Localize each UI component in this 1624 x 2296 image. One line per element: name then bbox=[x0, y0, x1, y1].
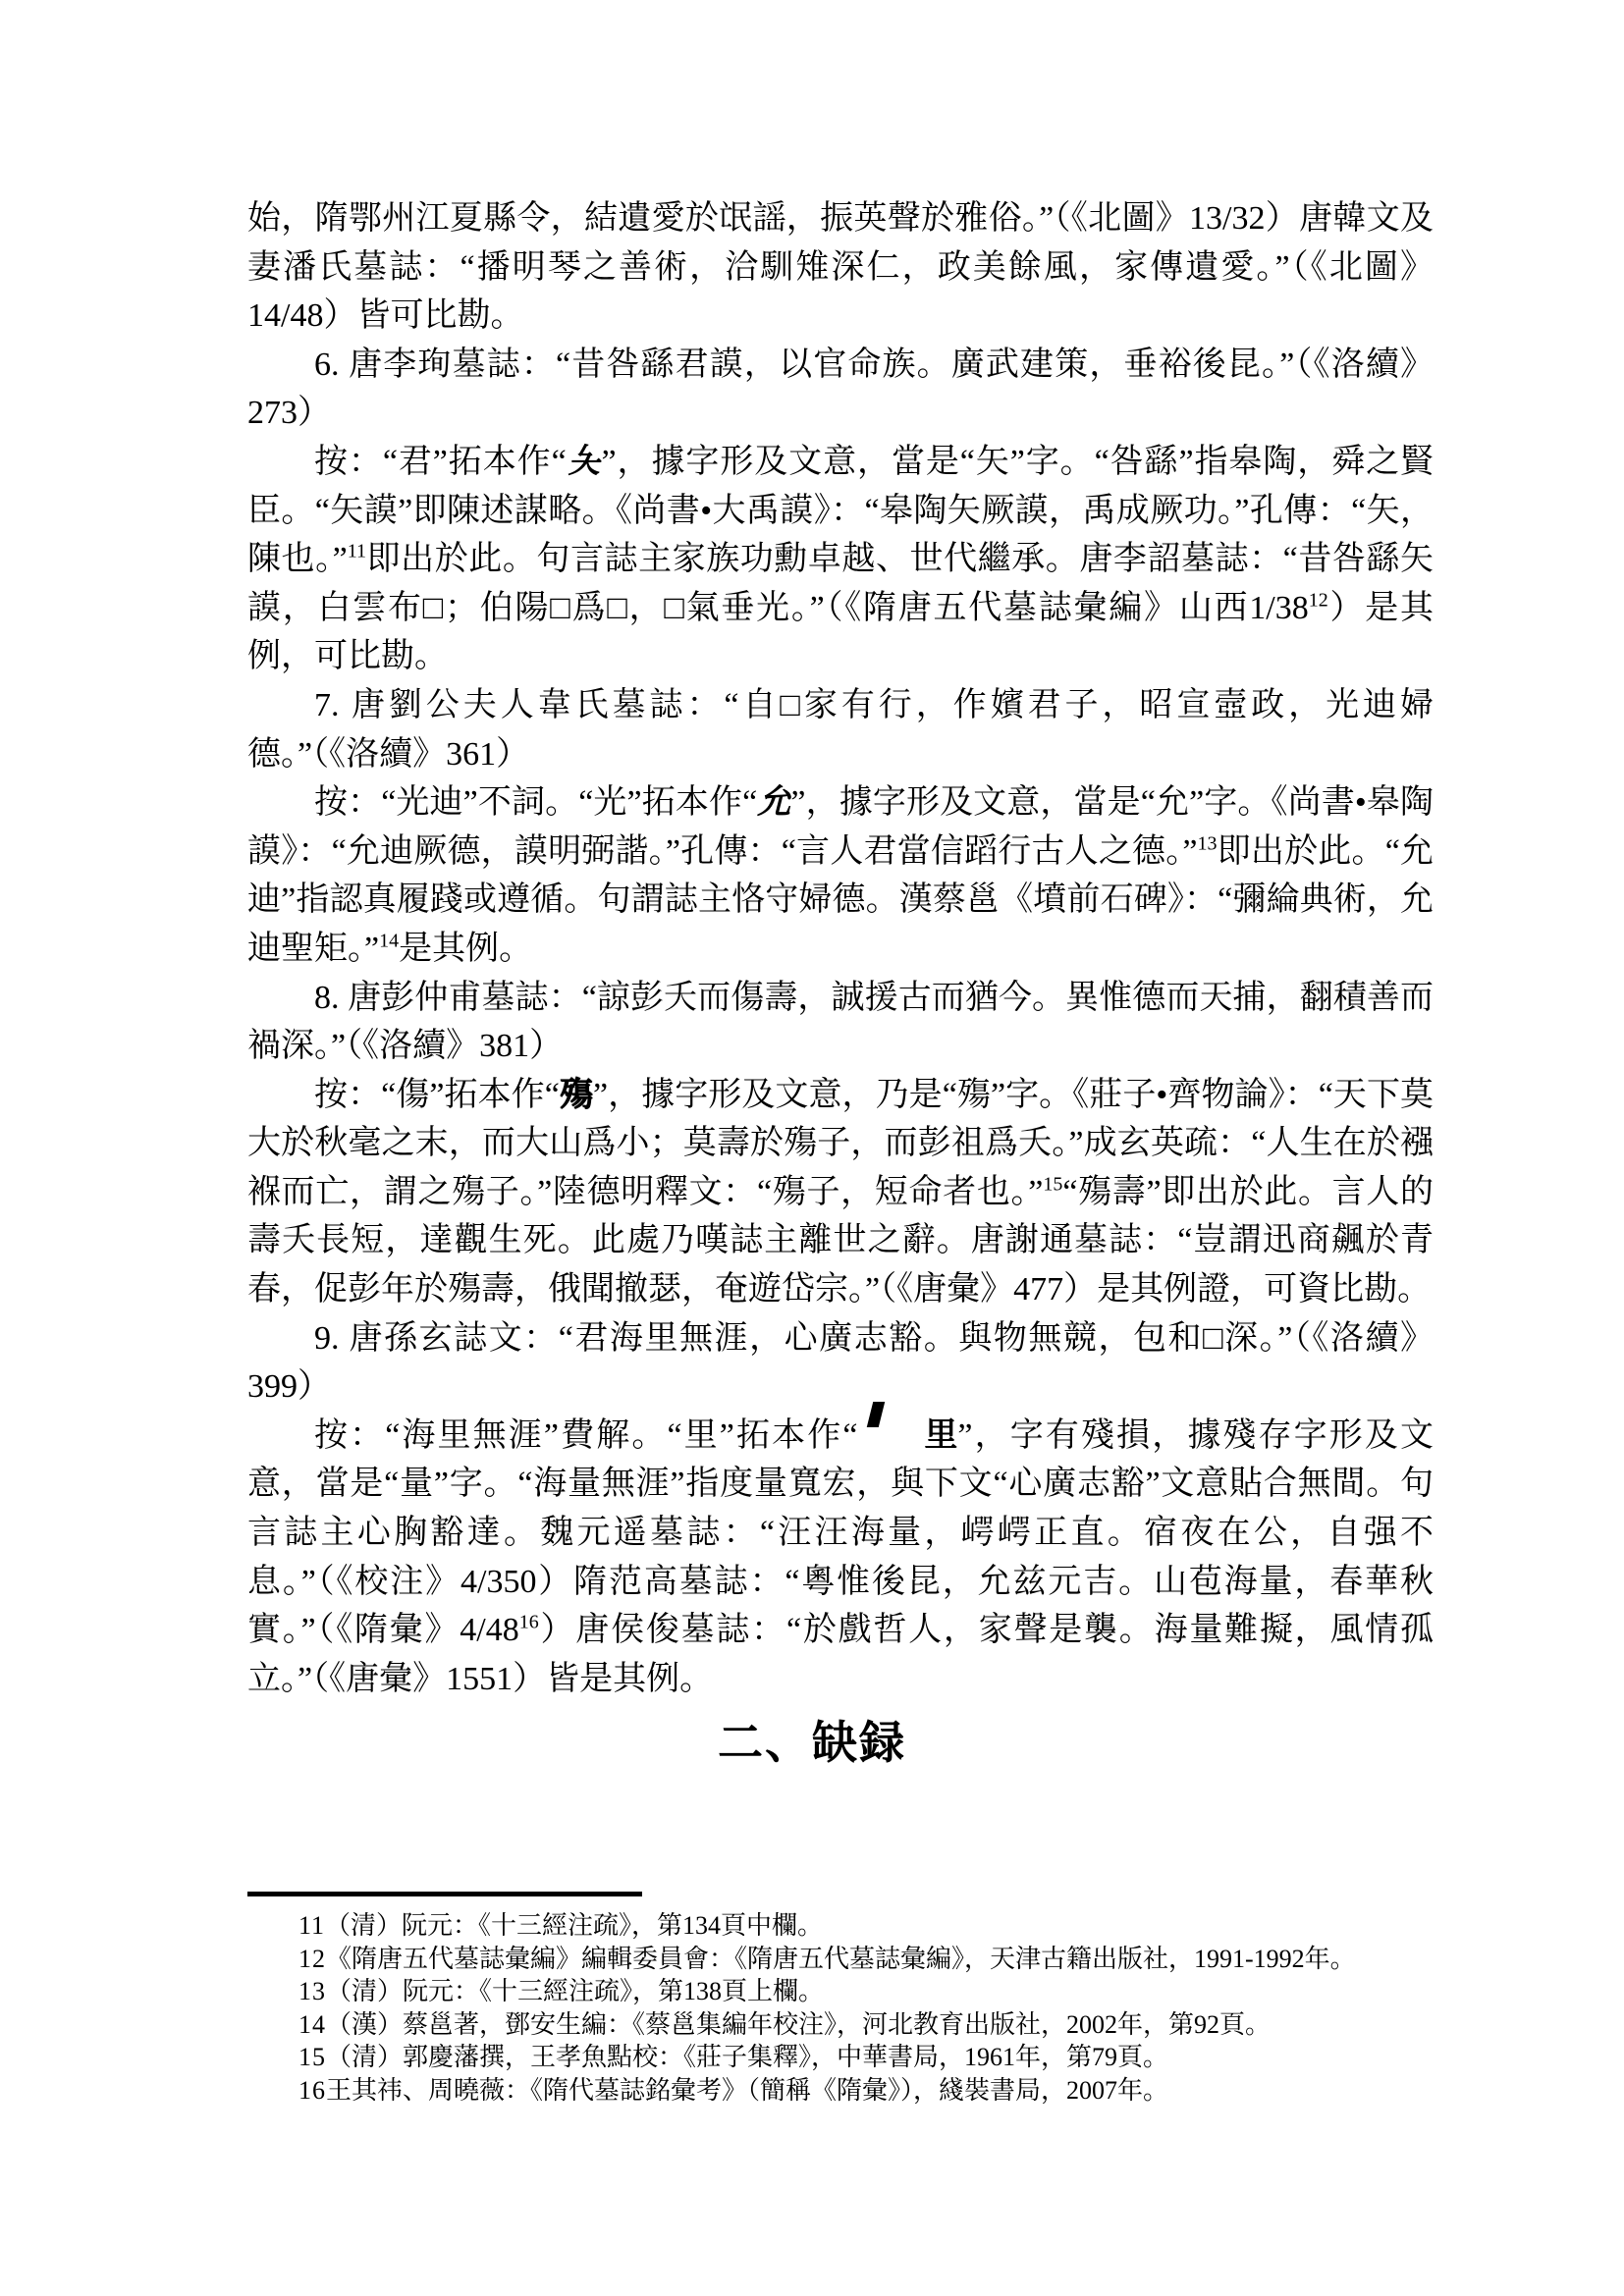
text-run: 6. 唐李珣墓誌：“昔咎繇君謨，以官命族。廣武建策，垂裕後昆。”（《洛續》273… bbox=[247, 347, 1434, 432]
footnote-ref: 13 bbox=[1198, 832, 1218, 854]
paragraph: 按：“海里無涯”費解。“里”拓本作“里”，字有殘損，據殘存字形及文意，當是“量”… bbox=[247, 1412, 1434, 1704]
footnote-text: （漢）蔡邕著，鄧安生編：《蔡邕集編年校注》，河北教育出版社，2002年，第92頁… bbox=[326, 2010, 1271, 2039]
rubbing-glyph: 夨 bbox=[567, 444, 602, 480]
footnote-separator bbox=[247, 1892, 642, 1896]
text-run: 按：“君”拓本作“ bbox=[314, 444, 567, 480]
footnote-item: 14（漢）蔡邕著，鄧安生編：《蔡邕集編年校注》，河北教育出版社，2002年，第9… bbox=[247, 2008, 1434, 2042]
text-run: 7. 唐劉公夫人韋氏墓誌：“自□家有行，作嬪君子，昭宣壼政，光迪婦德。”（《洛續… bbox=[247, 687, 1434, 773]
rubbing-glyph: 殤 bbox=[560, 1077, 593, 1113]
paragraph: 6. 唐李珣墓誌：“昔咎繇君謨，以官命族。廣武建策，垂裕後昆。”（《洛續》273… bbox=[247, 341, 1434, 438]
paragraph: 8. 唐彭仲甫墓誌：“諒彭夭而傷壽，誠援古而猶今。異惟德而天捕，翻積善而禍深。”… bbox=[247, 974, 1434, 1071]
footnote-text: 《隋唐五代墓誌彙編》編輯委員會：《隋唐五代墓誌彙編》，天津古籍出版社，1991-… bbox=[326, 1945, 1356, 1973]
footnote-item: 13（清）阮元：《十三經注疏》，第138頁上欄。 bbox=[247, 1975, 1434, 2008]
text-run: 9. 唐孫玄誌文：“君海里無涯，心廣志豁。與物無競，包和□深。”（《洛續》399… bbox=[247, 1320, 1434, 1406]
paragraph: 9. 唐孫玄誌文：“君海里無涯，心廣志豁。與物無競，包和□深。”（《洛續》399… bbox=[247, 1314, 1434, 1412]
footnote-item: 12《隋唐五代墓誌彙編》編輯委員會：《隋唐五代墓誌彙編》，天津古籍出版社，199… bbox=[247, 1943, 1434, 1976]
footnote-ref: 16 bbox=[519, 1612, 539, 1633]
footnote-text: 王其祎、周曉薇：《隋代墓誌銘彙考》（簡稱《隋彙》），綫裝書局，2007年。 bbox=[326, 2076, 1168, 2105]
footnotes: 11（清）阮元：《十三經注疏》，第134頁中欄。12《隋唐五代墓誌彙編》編輯委員… bbox=[247, 1909, 1434, 2107]
footnote-item: 11（清）阮元：《十三經注疏》，第134頁中欄。 bbox=[247, 1909, 1434, 1943]
text-run: 是其例。 bbox=[399, 931, 532, 967]
text-run: 按：“傷”拓本作“ bbox=[314, 1077, 560, 1113]
body-text: 始，隋鄂州江夏縣令，結遺愛於氓謡，振英聲於雅俗。”（《北圖》13/32）唐韓文及… bbox=[247, 194, 1434, 1703]
text-run: 始，隋鄂州江夏縣令，結遺愛於氓謡，振英聲於雅俗。”（《北圖》13/32）唐韓文及… bbox=[247, 200, 1434, 334]
footnote-ref: 15 bbox=[1043, 1174, 1062, 1196]
footnote-number: 14 bbox=[298, 2010, 326, 2039]
footnote-text: （清）阮元：《十三經注疏》，第138頁上欄。 bbox=[326, 1977, 824, 2005]
footnote-number: 13 bbox=[298, 1977, 326, 2005]
footnote-number: 12 bbox=[298, 1945, 326, 1973]
text-run: 8. 唐彭仲甫墓誌：“諒彭夭而傷壽，誠援古而猶今。異惟德而天捕，翻積善而禍深。”… bbox=[247, 980, 1434, 1065]
paragraph: 7. 唐劉公夫人韋氏墓誌：“自□家有行，作嬪君子，昭宣壼政，光迪婦德。”（《洛續… bbox=[247, 681, 1434, 778]
footnote-item: 15（清）郭慶藩撰，王孝魚點校：《莊子集釋》，中華書局，1961年，第79頁。 bbox=[247, 2041, 1434, 2074]
paragraph: 按：“光迪”不詞。“光”拓本作“允”，據字形及文意，當是“允”字。《尚書•皋陶謨… bbox=[247, 778, 1434, 973]
footnote-text: （清）郭慶藩撰，王孝魚點校：《莊子集釋》，中華書局，1961年，第79頁。 bbox=[326, 2043, 1168, 2071]
rubbing-glyph: 允 bbox=[757, 784, 790, 821]
footnote-ref: 14 bbox=[379, 931, 399, 952]
text-run: 按：“光迪”不詞。“光”拓本作“ bbox=[314, 784, 757, 821]
footnote-ref: 11 bbox=[348, 541, 366, 562]
footnote-number: 15 bbox=[298, 2043, 326, 2071]
footnote-item: 16王其祎、周曉薇：《隋代墓誌銘彙考》（簡稱《隋彙》），綫裝書局，2007年。 bbox=[247, 2074, 1434, 2108]
footnote-text: （清）阮元：《十三經注疏》，第134頁中欄。 bbox=[325, 1911, 823, 1940]
footnote-number: 16 bbox=[298, 2076, 326, 2105]
section-heading: 二、缺録 bbox=[0, 1713, 1624, 1772]
text-run: 即出於此。句言誌主家族功勳卓越、世代繼承。唐李詔墓誌：“昔咎繇矢謨，白雲布□；伯… bbox=[247, 541, 1434, 626]
text-run: 按：“海里無涯”費解。“里”拓本作“ bbox=[314, 1417, 857, 1454]
document-page: 始，隋鄂州江夏縣令，結遺愛於氓謡，振英聲於雅俗。”（《北圖》13/32）唐韓文及… bbox=[0, 0, 1624, 2296]
footnote-number: 11 bbox=[298, 1911, 325, 1940]
paragraph: 始，隋鄂州江夏縣令，結遺愛於氓謡，振英聲於雅俗。”（《北圖》13/32）唐韓文及… bbox=[247, 194, 1434, 341]
rubbing-glyph: 里 bbox=[857, 1412, 957, 1461]
paragraph: 按：“君”拓本作“夨”，據字形及文意，當是“矢”字。“咎繇”指皋陶，舜之賢臣。“… bbox=[247, 438, 1434, 681]
footnote-ref: 12 bbox=[1309, 589, 1328, 611]
paragraph: 按：“傷”拓本作“殤”，據字形及文意，乃是“殤”字。《莊子•齊物論》：“天下莫大… bbox=[247, 1071, 1434, 1314]
